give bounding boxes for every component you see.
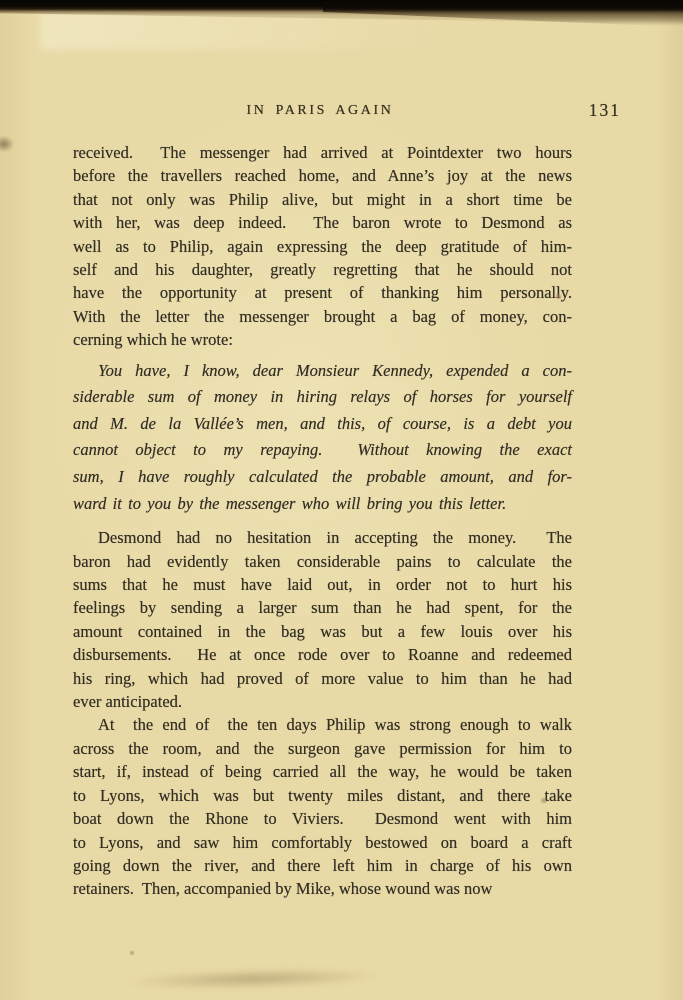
text-line: with her, was deep indeed. The baron wro…: [73, 211, 572, 234]
paper-speck: [130, 951, 134, 955]
paragraph: received. The messenger had arrived at P…: [73, 141, 572, 352]
text-line: sum, I have roughly calculated the proba…: [73, 464, 572, 491]
text-line: his ring, which had proved of more value…: [73, 667, 572, 690]
scan-edge-shadow: [0, 0, 683, 24]
book-page: IN PARIS AGAIN 131 received. The messeng…: [0, 0, 683, 1000]
text-line: received. The messenger had arrived at P…: [73, 141, 572, 164]
text-line: that not only was Philip alive, but migh…: [73, 188, 572, 211]
text-line: baron had evidently taken considerable p…: [73, 550, 572, 573]
text-line: disbursements. He at once rode over to R…: [73, 643, 572, 666]
text-line: feelings by sending a larger sum than he…: [73, 596, 572, 619]
text-line: going down the river, and there left him…: [73, 854, 572, 877]
page-number: 131: [589, 100, 621, 121]
paper-sheen: [40, 10, 460, 50]
paper-smudge-bottom: [105, 958, 436, 997]
text-line: You have, I know, dear Monsieur Kennedy,…: [73, 358, 572, 385]
text-line: Desmond had no hesitation in accepting t…: [73, 526, 572, 549]
text-line: cannot object to my repaying. Without kn…: [73, 437, 572, 464]
text-line: start, if, instead of being carried all …: [73, 760, 572, 783]
text-line: retainers. Then, accompanied by Mike, wh…: [73, 877, 572, 900]
running-head: IN PARIS AGAIN: [73, 103, 567, 119]
paragraph: At the end of the ten days Philip was st…: [73, 713, 572, 900]
text-line: ever anticipated.: [73, 690, 572, 713]
paper-speck: [556, 294, 561, 299]
text-line: to Lyons, and saw him comfortably bestow…: [73, 831, 572, 854]
text-line: amount contained in the bag was but a fe…: [73, 620, 572, 643]
text-body: received. The messenger had arrived at P…: [73, 141, 572, 901]
text-line: have the opportunity at present of thank…: [73, 281, 572, 304]
text-line: well as to Philip, again expressing the …: [73, 235, 572, 258]
text-line: With the letter the messenger brought a …: [73, 305, 572, 328]
text-line: cerning which he wrote:: [73, 328, 572, 351]
text-line: boat down the Rhone to Viviers. Desmond …: [73, 807, 572, 830]
text-line: At the end of the ten days Philip was st…: [73, 713, 572, 736]
text-line: siderable sum of money in hiring relays …: [73, 384, 572, 411]
text-line: sums that he must have laid out, in orde…: [73, 573, 572, 596]
text-line: ward it to you by the messenger who will…: [73, 491, 572, 518]
block-quote: You have, I know, dear Monsieur Kennedy,…: [73, 358, 572, 518]
text-line: before the travellers reached home, and …: [73, 164, 572, 187]
paper-smudge-left: [0, 136, 14, 152]
paper-speck: [541, 798, 547, 803]
text-line: and M. de la Vallée’s men, and this, of …: [73, 411, 572, 438]
text-line: to Lyons, which was but twenty miles dis…: [73, 784, 572, 807]
scan-edge-shadow-right: [323, 0, 683, 30]
text-line: self and his daughter, greatly regrettin…: [73, 258, 572, 281]
page-header: IN PARIS AGAIN 131: [73, 103, 621, 125]
paragraph: Desmond had no hesitation in accepting t…: [73, 526, 572, 713]
text-line: across the room, and the surgeon gave pe…: [73, 737, 572, 760]
